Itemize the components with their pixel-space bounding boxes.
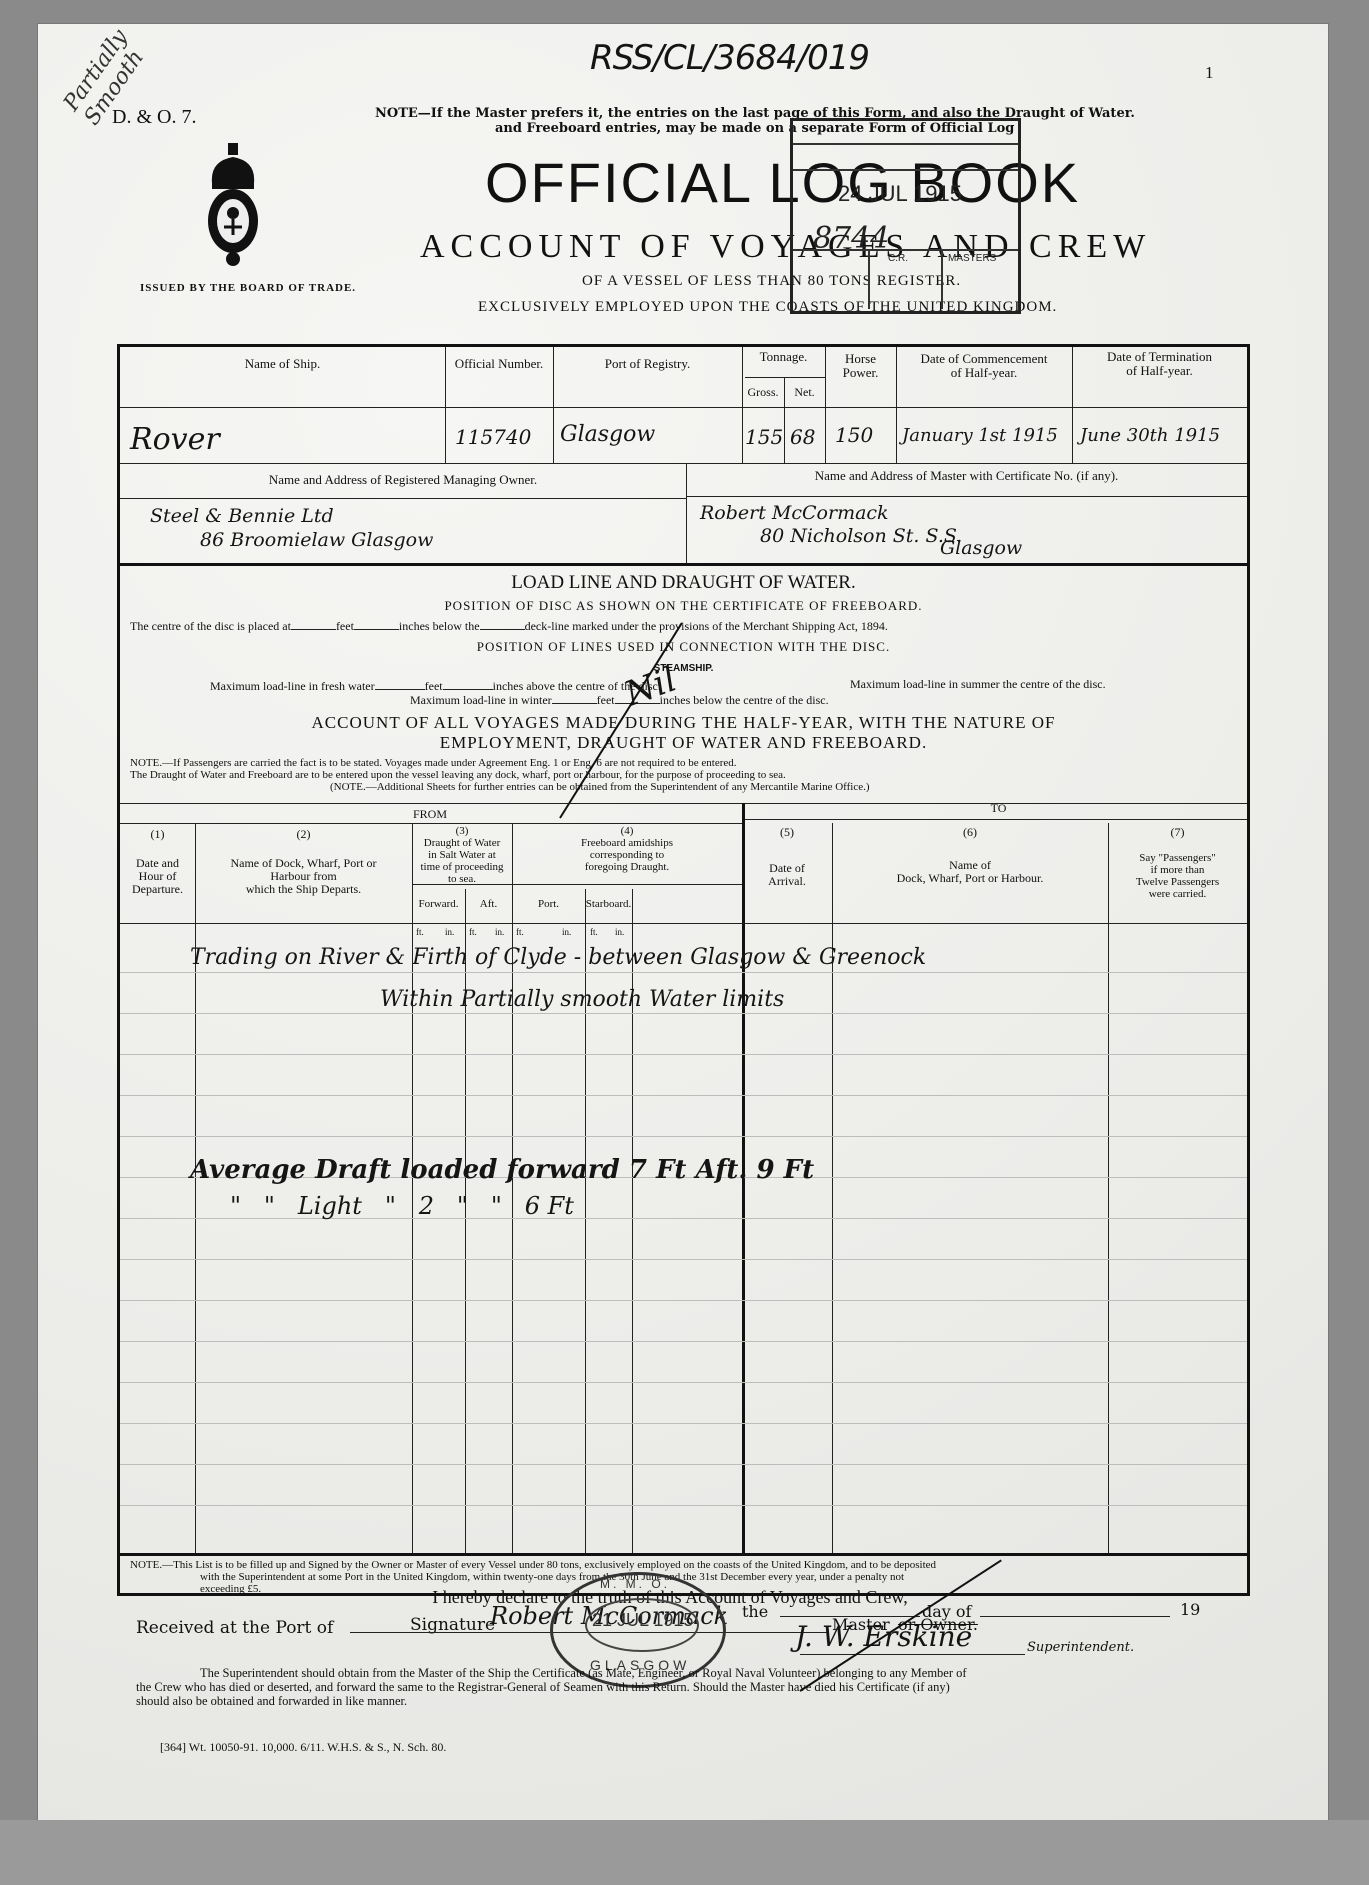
- unit-in-1: in.: [445, 927, 454, 937]
- master-line2: 80 Nicholson St. S.S.: [760, 525, 962, 547]
- owner-line1: Steel & Bennie Ltd: [150, 505, 334, 527]
- disc-position-line: The centre of the disc is placed atfeeti…: [130, 619, 1240, 634]
- col4-header: (4)Freeboard amidshipscorresponding tofo…: [512, 825, 742, 873]
- header-tonnage: Tonnage.: [742, 350, 825, 364]
- lines-position-heading: POSITION OF LINES USED IN CONNECTION WIT…: [120, 639, 1247, 655]
- col2-num: (2): [195, 827, 412, 841]
- sub-starboard: Starboard.: [585, 897, 632, 911]
- received-port-label: Received at the Port of: [136, 1618, 333, 1638]
- winter-line: Maximum load-line in winterfeetinches be…: [410, 693, 829, 708]
- unit-in-2: in.: [495, 927, 504, 937]
- voyages-note1: NOTE.—If Passengers are carried the fact…: [130, 757, 737, 769]
- page-subtitle: ACCOUNT OF VOYAGES AND CREW: [420, 228, 1151, 266]
- port-value: Glasgow: [560, 422, 655, 447]
- oval-stamp-date: 21 JUL 1915: [592, 1610, 693, 1631]
- header-termination: Date of Terminationof Half-year.: [1072, 350, 1247, 378]
- footer-note-line1: NOTE.—This List is to be filled up and S…: [130, 1559, 936, 1571]
- background-surface: [0, 1820, 1369, 1885]
- header-master: Name and Address of Master with Certific…: [686, 469, 1247, 483]
- unit-in-4: in.: [615, 927, 624, 937]
- stamp-label-cr: C.R.: [888, 253, 908, 264]
- header-horse-power: HorsePower.: [825, 352, 896, 380]
- col7-header: Say "Passengers"if more thanTwelve Passe…: [1108, 852, 1247, 900]
- stamp-handwritten-number: 8744: [813, 221, 889, 256]
- stamp-date: 24 JUL 1915: [838, 181, 962, 207]
- issuer-label: ISSUED BY THE BOARD OF TRADE.: [140, 282, 356, 294]
- the-label: the: [742, 1602, 768, 1621]
- sub-port: Port.: [512, 897, 585, 911]
- commencement-value: January 1st 1915: [902, 425, 1058, 446]
- stamp-label-masters: MASTERS: [948, 253, 996, 264]
- summer-line: Maximum load-line in summer the centre o…: [850, 677, 1106, 692]
- col7-num: (7): [1108, 825, 1247, 839]
- header-commencement: Date of Commencementof Half-year.: [896, 352, 1072, 380]
- entry-line-1: Trading on River & Firth of Clyde - betw…: [190, 945, 926, 970]
- master-line1: Robert McCormack: [700, 502, 889, 524]
- col2-header: Name of Dock, Wharf, Port orHarbour from…: [195, 857, 412, 896]
- fresh-water-line: Maximum load-line in fresh waterfeetinch…: [210, 679, 661, 694]
- unit-ft-1: ft.: [416, 927, 424, 937]
- printer-imprint: [364] Wt. 10050-91. 10,000. 6/11. W.H.S.…: [160, 1740, 446, 1755]
- col5-num: (5): [742, 825, 832, 839]
- unit-ft-4: ft.: [590, 927, 598, 937]
- col5-header: Date ofArrival.: [742, 862, 832, 888]
- header-net: Net.: [784, 385, 825, 399]
- received-date-stamp: 24 JUL 1915 C.R. MASTERS 8744: [790, 118, 1021, 314]
- disc-position-heading: POSITION OF DISC AS SHOWN ON THE CERTIFI…: [120, 598, 1247, 614]
- log-form: Name of Ship. Official Number. Port of R…: [117, 344, 1250, 1596]
- voyages-heading-line2: EMPLOYMENT, DRAUGHT OF WATER AND FREEBOA…: [120, 733, 1247, 753]
- unit-ft-2: ft.: [469, 927, 477, 937]
- owner-line2: 86 Broomielaw Glasgow: [200, 529, 433, 551]
- day-line: [780, 1616, 920, 1617]
- gross-tonnage-value: 155: [745, 425, 783, 449]
- voyages-note3: (NOTE.—Additional Sheets for further ent…: [330, 781, 870, 793]
- col3-header: (3)Draught of Waterin Salt Water attime …: [412, 825, 512, 885]
- voyages-note2: The Draught of Water and Freeboard are t…: [130, 769, 786, 781]
- termination-value: June 30th 1915: [1080, 425, 1220, 446]
- instruction-line3: should also be obtained and forwarded in…: [136, 1694, 407, 1709]
- official-number-value: 115740: [455, 425, 531, 449]
- entry-line-3: Average Draft loaded forward 7 Ft Aft. 9…: [190, 1155, 814, 1185]
- superintendent-line: [800, 1654, 1025, 1655]
- col1-num: (1): [120, 827, 195, 841]
- oval-stamp-top: M. M. O.: [600, 1577, 670, 1591]
- to-label: TO: [750, 801, 1247, 816]
- unit-in-3: in.: [562, 927, 571, 937]
- net-tonnage-value: 68: [790, 425, 815, 449]
- header-owner: Name and Address of Registered Managing …: [120, 473, 686, 487]
- instruction-line1: The Superintendent should obtain from th…: [200, 1666, 967, 1681]
- form-code: D. & O. 7.: [112, 106, 196, 129]
- page-number: 1: [1205, 63, 1214, 83]
- header-ship-name: Name of Ship.: [120, 357, 445, 371]
- header-port: Port of Registry.: [553, 357, 742, 371]
- footer-note-line2: with the Superintendent at some Port in …: [200, 1571, 904, 1583]
- year-label: 19: [1180, 1600, 1200, 1619]
- sub-aft: Aft.: [465, 897, 512, 911]
- header-gross: Gross.: [742, 385, 784, 399]
- col1-header: Date andHour ofDeparture.: [120, 857, 195, 896]
- royal-crest-icon: [206, 143, 260, 268]
- superintendent-label: Superintendent.: [1027, 1640, 1134, 1655]
- from-label: FROM: [120, 807, 740, 822]
- load-line-heading: LOAD LINE AND DRAUGHT OF WATER.: [120, 572, 1247, 594]
- unit-ft-3: ft.: [516, 927, 524, 937]
- sub-forward: Forward.: [412, 897, 465, 911]
- voyages-heading-line1: ACCOUNT OF ALL VOYAGES MADE DURING THE H…: [120, 713, 1247, 733]
- reference-number: RSS/CL/3684/019: [590, 38, 869, 78]
- entry-line-2: Within Partially smooth Water limits: [380, 987, 784, 1012]
- col6-header: Name ofDock, Wharf, Port or Harbour.: [832, 859, 1108, 885]
- col6-num: (6): [832, 825, 1108, 839]
- month-line: [980, 1616, 1170, 1617]
- master-line3: Glasgow: [940, 537, 1022, 559]
- horse-power-value: 150: [835, 423, 873, 447]
- ship-name-value: Rover: [130, 422, 220, 457]
- entry-line-4: " " Light " 2 " " 6 Ft: [230, 1192, 574, 1220]
- steamship-label: STEAMSHIP.: [120, 663, 1247, 674]
- instruction-line2: the Crew who has died or deserted, and f…: [136, 1680, 950, 1695]
- header-official-number: Official Number.: [445, 357, 553, 371]
